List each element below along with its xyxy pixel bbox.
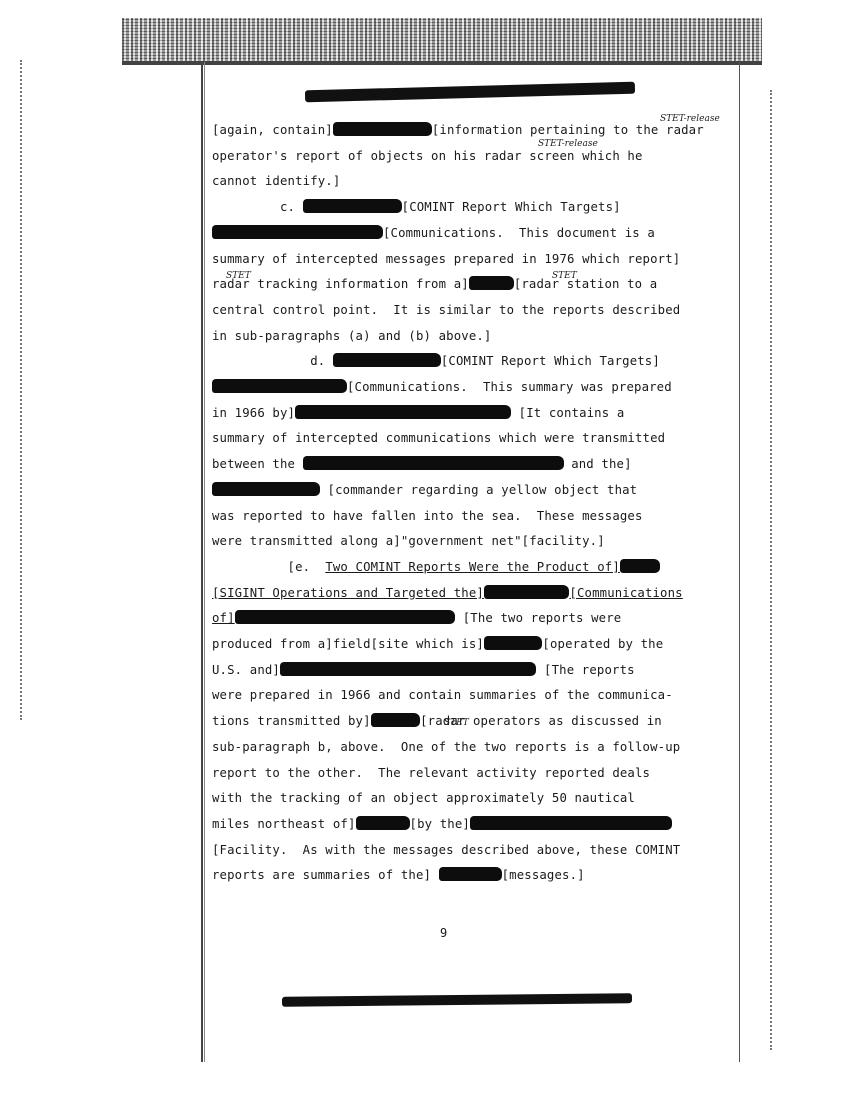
- text-line: produced from a]field[site which is][ope…: [212, 634, 663, 654]
- redaction-block: [469, 276, 514, 290]
- text-line: in sub-paragraphs (a) and (b) above.]: [212, 326, 491, 346]
- text-line: [SIGINT Operations and Targeted the][Com…: [212, 583, 683, 603]
- text-line: [commander regarding a yellow object tha…: [212, 480, 637, 500]
- handwritten-annotation: STET-release: [660, 114, 720, 124]
- text-line: U.S. and] [The reports: [212, 660, 635, 680]
- redaction-block: [212, 482, 320, 496]
- right-edge-scan-marks: [770, 90, 774, 1050]
- redaction-block: [295, 405, 511, 419]
- handwritten-annotation: STET: [552, 271, 577, 281]
- classification-marking-redacted-bottom: [282, 993, 632, 1007]
- handwritten-annotation: STET: [226, 271, 251, 281]
- redaction-block: [235, 610, 456, 624]
- text-line: [again, contain][information pertaining …: [212, 120, 704, 140]
- text-line: in 1966 by] [It contains a: [212, 403, 624, 423]
- redaction-block: [484, 585, 570, 599]
- text-line: [Facility. As with the messages describe…: [212, 840, 680, 860]
- text-line: with the tracking of an object approxima…: [212, 788, 635, 808]
- text-line: cannot identify.]: [212, 171, 340, 191]
- text-line: of] [The two reports were: [212, 608, 621, 628]
- text-line: c. [COMINT Report Which Targets]: [212, 197, 621, 217]
- text-line: d. [COMINT Report Which Targets]: [212, 351, 660, 371]
- handwritten-annotation: STET: [444, 718, 469, 728]
- redaction-block: [303, 199, 402, 213]
- redaction-block: [484, 636, 543, 650]
- text-line: radar tracking information from a][radar…: [212, 274, 657, 294]
- left-margin-rule-2: [204, 62, 205, 1062]
- text-line: between the and the]: [212, 454, 632, 474]
- underlined-heading: [SIGINT Operations and Targeted the]: [212, 586, 484, 600]
- left-edge-scan-marks: [20, 60, 24, 720]
- text-line: sub-paragraph b, above. One of the two r…: [212, 737, 680, 757]
- redaction-block: [371, 713, 421, 727]
- page-number: 9: [440, 926, 447, 940]
- redaction-block: [212, 225, 383, 239]
- scanned-header-noise: [122, 18, 762, 62]
- redaction-block: [620, 559, 661, 573]
- text-line: report to the other. The relevant activi…: [212, 763, 650, 783]
- redaction-block: [280, 662, 537, 676]
- underlined-heading: of]: [212, 611, 235, 625]
- redaction-block: [212, 379, 347, 393]
- classification-marking-redacted-top: [305, 82, 635, 103]
- text-line: reports are summaries of the] [messages.…: [212, 865, 585, 885]
- handwritten-annotation: STET-release: [538, 139, 598, 149]
- redaction-block: [470, 816, 673, 830]
- text-line: were transmitted along a]"government net…: [212, 531, 605, 551]
- text-line: central control point. It is similar to …: [212, 300, 680, 320]
- underlined-heading: Two COMINT Reports Were the Product of]: [325, 560, 620, 574]
- right-margin-rule: [739, 62, 740, 1062]
- text-line: miles northeast of][by the]: [212, 814, 672, 834]
- text-line: were prepared in 1966 and contain summar…: [212, 685, 673, 705]
- left-margin-rule: [201, 62, 203, 1062]
- text-line: summary of intercepted messages prepared…: [212, 249, 680, 269]
- redaction-block: [303, 456, 564, 470]
- text-line: summary of intercepted communications wh…: [212, 428, 665, 448]
- text-line: [Communications. This document is a: [212, 223, 655, 243]
- text-line: [Communications. This summary was prepar…: [212, 377, 672, 397]
- text-line: tions transmitted by][radar operators as…: [212, 711, 662, 731]
- redaction-block: [356, 816, 410, 830]
- redaction-block: [333, 122, 432, 136]
- redaction-block: [439, 867, 502, 881]
- text-line: was reported to have fallen into the sea…: [212, 506, 643, 526]
- underlined-heading: [Communications: [569, 586, 682, 600]
- redaction-block: [333, 353, 441, 367]
- text-line: [e. Two COMINT Reports Were the Product …: [212, 557, 660, 577]
